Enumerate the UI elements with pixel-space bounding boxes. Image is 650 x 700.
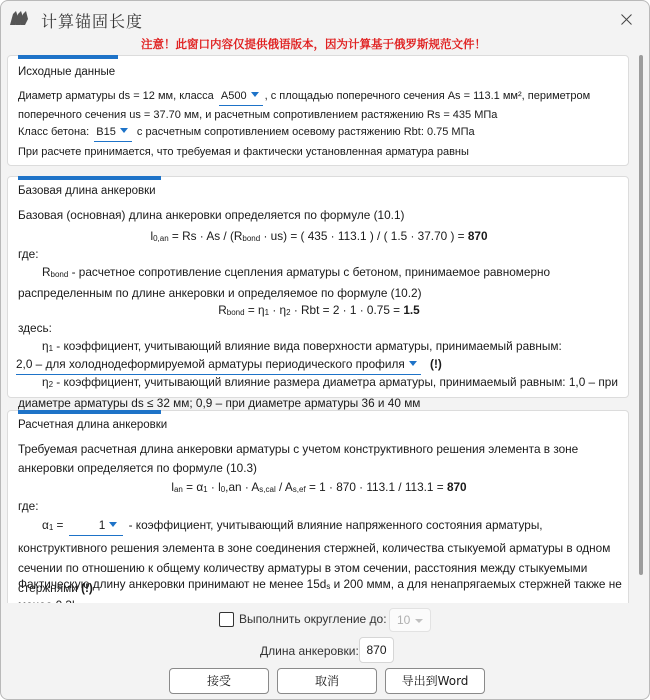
concrete-class-value: B15 xyxy=(96,126,116,138)
text: , с площадью поперечного сечения As = 11… xyxy=(265,90,591,102)
window-title: 计算锚固长度 xyxy=(41,9,143,32)
russian-only-notice: 注意！此窗口内容仅提供俄语版本，因为计算基于俄罗斯规范文件！ xyxy=(1,36,626,52)
t: · us) = ( 435 · 113.1 ) / ( 1.5 · 37.70 … xyxy=(260,229,468,243)
formula-result: 1.5 xyxy=(403,303,419,317)
alpha-dropdown[interactable]: 1 xyxy=(69,515,124,536)
actual-length-note: Фактическую длину анкеровки принимают не… xyxy=(18,575,623,603)
rebar-class-value: A500 xyxy=(221,90,247,102)
alpha-value: 1 xyxy=(99,518,106,532)
t: bond xyxy=(227,308,245,317)
chevron-down-icon xyxy=(409,361,417,366)
formula-result: 870 xyxy=(468,229,488,243)
export-word-button[interactable]: 导出到Word xyxy=(385,668,485,694)
formula-10-3: lan = α1 · l0,an · As,cal / As,ef = 1 · … xyxy=(8,478,630,499)
cancel-button[interactable]: 取消 xyxy=(277,668,377,694)
close-button[interactable] xyxy=(613,7,639,31)
rounding-value: 10 xyxy=(397,613,410,627)
scrollbar-thumb[interactable] xyxy=(639,55,643,575)
card-title: Исходные данные xyxy=(18,64,115,81)
t: - расчетное сопротивление сцепления арма… xyxy=(18,265,550,300)
t: bond xyxy=(242,234,260,243)
t: · l xyxy=(208,480,221,494)
card-accent xyxy=(18,176,161,180)
rounding-checkbox[interactable] xyxy=(219,612,234,627)
vertical-scrollbar[interactable] xyxy=(638,55,644,575)
where-label: где: xyxy=(18,245,623,264)
t: · Rbt = 2 · 1 · 0.75 = xyxy=(291,303,404,317)
card-accent xyxy=(18,55,118,59)
concrete-class-label: Класс бетона: xyxy=(18,126,89,138)
t: ,an · A xyxy=(225,480,259,494)
concrete-class-row: Класс бетона: B15 с расчетным сопротивле… xyxy=(18,123,623,142)
rebar-description: Диаметр арматуры ds = 12 мм, класса A500… xyxy=(18,87,623,124)
rebar-class-dropdown[interactable]: A500 xyxy=(219,87,263,106)
where-label: где: xyxy=(18,497,623,516)
rounding-select[interactable]: 10 xyxy=(389,608,431,632)
anchorage-length-dialog: 计算锚固长度 注意！此窗口内容仅提供俄语版本，因为计算基于俄罗斯规范文件！ Ис… xyxy=(0,0,650,700)
initial-data-card: Исходные данные Диаметр арматуры ds = 12… xyxy=(7,55,629,166)
t: s,cal xyxy=(259,485,275,494)
design-intro: Требуемая расчетная длина анкеровки арма… xyxy=(18,440,623,478)
text: поперечного сечения us = 37.70 мм, и рас… xyxy=(18,109,497,121)
chevron-down-icon xyxy=(415,619,423,623)
base-anchorage-card: Базовая длина анкеровки Базовая (основна… xyxy=(7,176,629,398)
t: - коэффициент, учитывающий влияние разме… xyxy=(18,375,618,410)
t: Фактическую длину анкеровки принимают не… xyxy=(18,577,326,591)
t: = η xyxy=(245,303,265,317)
formula-result: 870 xyxy=(447,480,467,494)
anchorage-length-field[interactable]: 870 xyxy=(359,637,394,663)
text: Диаметр арматуры ds = 12 мм, класса xyxy=(18,90,214,102)
rbond-description: Rbond - расчетное сопротивление сцеплени… xyxy=(18,263,623,303)
t: R xyxy=(218,303,227,317)
eta1-value: 2,0 – для холоднодеформируемой арматуры … xyxy=(16,357,405,371)
rounding-label: Выполнить округление до: xyxy=(239,612,387,626)
t: s,ef xyxy=(293,485,306,494)
eta2-description: η2 - коэффициент, учитывающий влияние ра… xyxy=(18,373,623,413)
rounding-row: Выполнить округление до: 10 xyxy=(1,608,650,634)
assumption-text: При расчете принимается, что требуемая и… xyxy=(18,143,623,161)
card-title: Расчетная длина анкеровки xyxy=(18,417,167,434)
chevron-down-icon xyxy=(251,92,259,97)
close-icon xyxy=(621,14,632,25)
t: = Rs · As / (R xyxy=(169,229,243,243)
t: bond xyxy=(51,270,69,279)
t: α xyxy=(42,518,49,532)
here-label: здесь: xyxy=(18,319,623,338)
eta1-dropdown[interactable]: 2,0 – для холоднодеформируемой арматуры … xyxy=(16,355,421,375)
app-logo-icon xyxy=(10,11,28,25)
t: = α xyxy=(183,480,203,494)
chevron-down-icon xyxy=(109,522,117,527)
text: с расчетным сопротивлением осевому растя… xyxy=(137,126,475,138)
chevron-down-icon xyxy=(120,128,128,133)
accept-button[interactable]: 接受 xyxy=(169,668,269,694)
t: = 1 · 870 · 113.1 / 113.1 = xyxy=(306,480,447,494)
t: an xyxy=(174,485,183,494)
card-accent xyxy=(18,410,161,414)
card-title: Базовая длина анкеровки xyxy=(18,183,156,200)
design-anchorage-card: Расчетная длина анкеровки Требуемая расч… xyxy=(7,410,629,603)
t: / A xyxy=(276,480,293,494)
t: = xyxy=(53,518,66,532)
t: 0,an xyxy=(153,234,169,243)
warning-hint[interactable]: (!) xyxy=(430,357,442,371)
anchorage-length-label: Длина анкеровки: xyxy=(260,644,359,658)
t: · η xyxy=(269,303,286,317)
t: R xyxy=(42,265,51,279)
concrete-class-dropdown[interactable]: B15 xyxy=(94,123,132,142)
t: - коэффициент, учитывающий влияние вида … xyxy=(53,339,562,353)
title-bar: 计算锚固长度 xyxy=(1,1,650,35)
content-scroll-area: Исходные данные Диаметр арматуры ds = 12… xyxy=(1,53,650,603)
eta1-row: 2,0 – для холоднодеформируемой арматуры … xyxy=(16,355,621,375)
base-intro: Базовая (основная) длина анкеровки опред… xyxy=(18,206,623,225)
